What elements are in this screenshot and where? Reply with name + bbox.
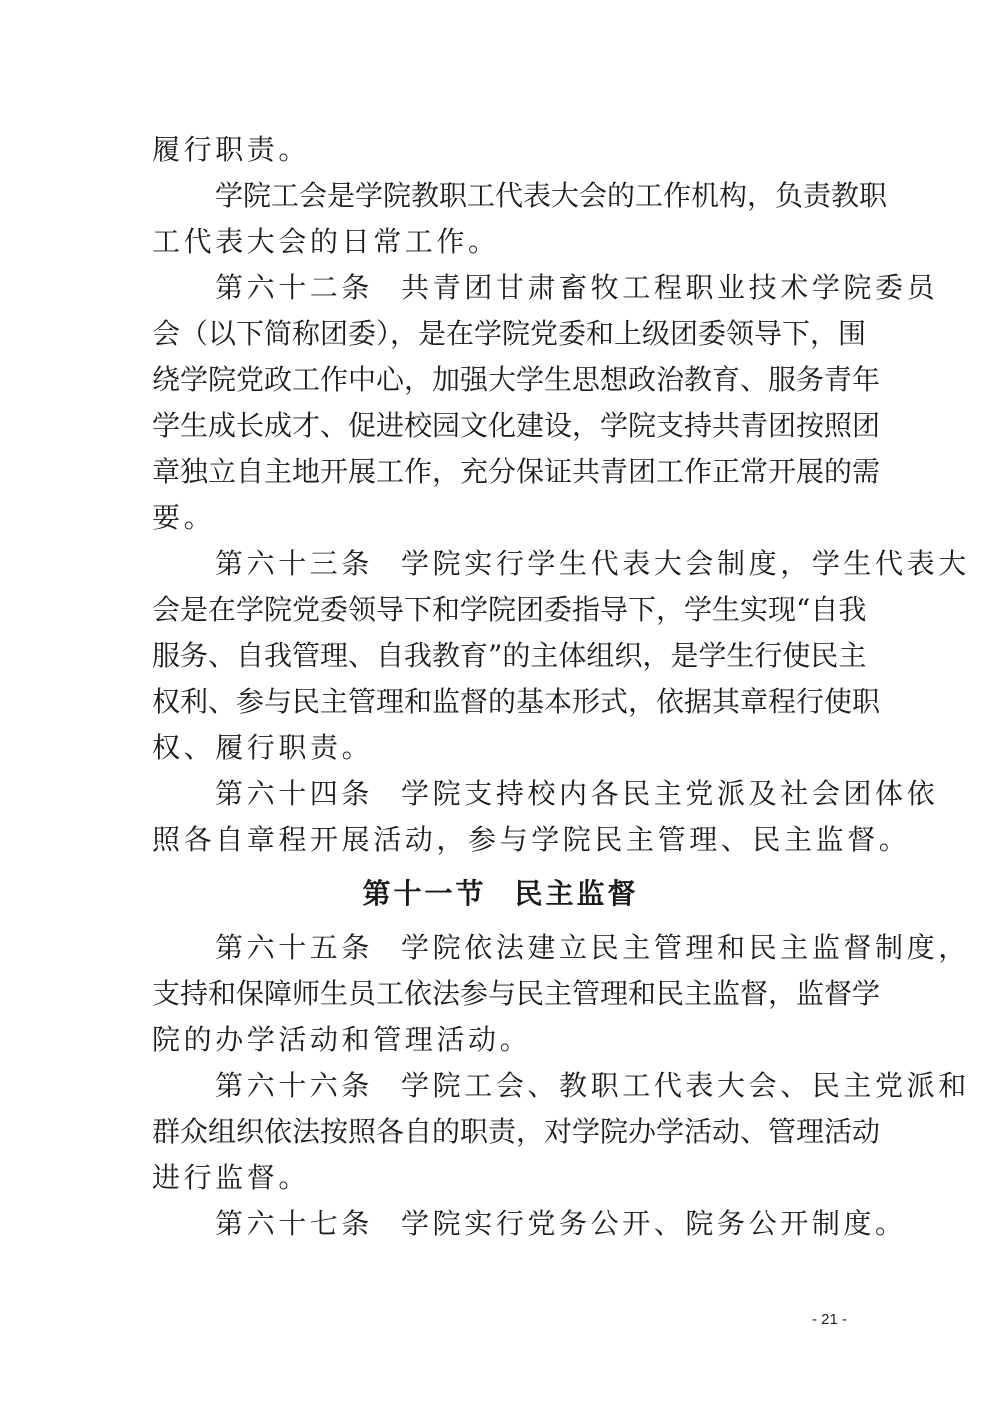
text-line: 会（以下简称团委），是在学院党委和上级团委领导下，围	[152, 311, 849, 357]
article-number: 第六十五条	[215, 931, 373, 964]
text-line: 支持和保障师生员工依法参与民主管理和民主监督，监督学	[152, 971, 849, 1017]
text-line: 照各自章程开展活动，参与学院民主管理、民主监督。	[152, 817, 849, 863]
article-text: 共青团甘肃畜牧工程职业技术学院委员	[401, 271, 938, 304]
article-67-first-line: 第六十七条学院实行党务公开、院务公开制度。	[152, 1201, 849, 1247]
article-number: 第六十二条	[215, 271, 373, 304]
text-line: 绕学院党政工作中心，加强大学生思想政治教育、服务青年	[152, 357, 849, 403]
text-line: 履行职责。	[152, 127, 849, 173]
article-text: 学院工会、教职工代表大会、民主党派和	[401, 1069, 970, 1102]
article-63-first-line: 第六十三条学院实行学生代表大会制度，学生代表大	[152, 541, 849, 587]
section-number: 第十一节	[362, 877, 486, 910]
text-line: 学生成长成才、促进校园文化建设，学院支持共青团按照团	[152, 403, 849, 449]
article-number: 第六十三条	[215, 547, 373, 580]
article-number: 第六十七条	[215, 1207, 373, 1240]
article-62-first-line: 第六十二条共青团甘肃畜牧工程职业技术学院委员	[152, 265, 849, 311]
text-line: 权利、参与民主管理和监督的基本形式，依据其章程行使职	[152, 679, 849, 725]
text-line: 会是在学院党委领导下和学院团委指导下，学生实现“自我	[152, 587, 849, 633]
text-line: 院的办学活动和管理活动。	[152, 1017, 849, 1063]
article-text: 学院支持校内各民主党派及社会团体依	[401, 777, 938, 810]
article-text: 学院依法建立民主管理和民主监督制度，	[401, 931, 970, 964]
article-64-first-line: 第六十四条学院支持校内各民主党派及社会团体依	[152, 771, 849, 817]
text-line: 群众组织依法按照各自的职责，对学院办学活动、管理活动	[152, 1109, 849, 1155]
section-heading: 第十一节民主监督	[152, 871, 849, 917]
text-line: 工代表大会的日常工作。	[152, 219, 849, 265]
article-number: 第六十四条	[215, 777, 373, 810]
section-title: 民主监督	[515, 877, 639, 910]
article-66-first-line: 第六十六条学院工会、教职工代表大会、民主党派和	[152, 1063, 849, 1109]
text-line: 学院工会是学院教职工代表大会的工作机构，负责教职	[152, 173, 849, 219]
text-line: 权、履行职责。	[152, 725, 849, 771]
text-line: 要。	[152, 495, 849, 541]
article-text: 学院实行学生代表大会制度，学生代表大	[401, 547, 970, 580]
article-text: 学院实行党务公开、院务公开制度。	[401, 1207, 907, 1240]
document-page: 履行职责。 学院工会是学院教职工代表大会的工作机构，负责教职 工代表大会的日常工…	[152, 127, 849, 1247]
page-number: - 21 -	[812, 1311, 847, 1328]
article-65-first-line: 第六十五条学院依法建立民主管理和民主监督制度，	[152, 925, 849, 971]
text-line: 章独立自主地开展工作，充分保证共青团工作正常开展的需	[152, 449, 849, 495]
article-number: 第六十六条	[215, 1069, 373, 1102]
text-line: 服务、自我管理、自我教育”的主体组织，是学生行使民主	[152, 633, 849, 679]
text-line: 进行监督。	[152, 1155, 849, 1201]
